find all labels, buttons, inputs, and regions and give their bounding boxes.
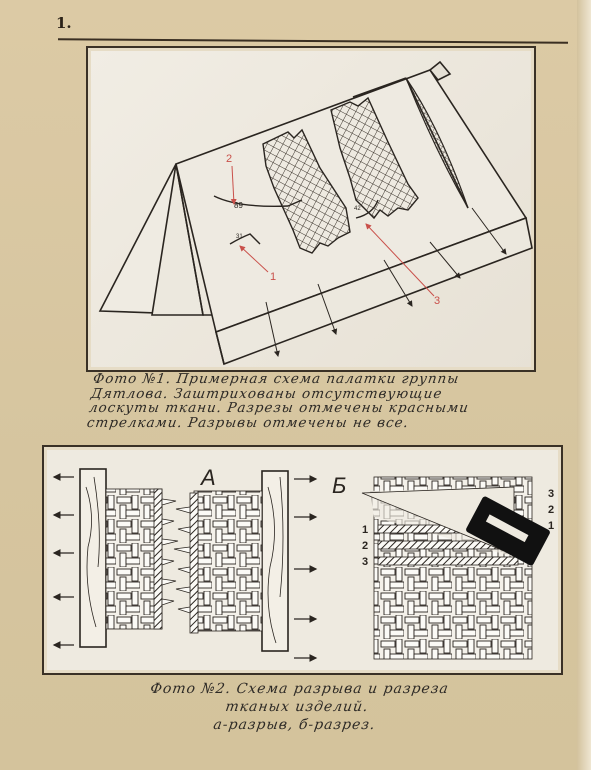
torn-thread-ends xyxy=(162,499,190,613)
thread-number-right-2: 2 xyxy=(548,504,554,516)
caption-line: стрелками. Разрывы отмечены не все. xyxy=(86,416,528,431)
red-marker-1: 1 xyxy=(270,271,276,283)
caption-line: Фото №1. Примерная схема палатки группы xyxy=(92,372,534,387)
caption-line: Дятлова. Заштрихованы отсутствующие xyxy=(90,387,532,402)
tent-drawing: 89 31 42 2 1 3 xyxy=(88,48,534,370)
thread-number-left-1: 1 xyxy=(362,524,368,536)
caption-line: тканых изделий. xyxy=(71,698,524,716)
red-marker-2: 2 xyxy=(226,153,232,165)
photo-1-caption: Фото №1. Примерная схема палатки группы … xyxy=(86,372,534,430)
right-wood-board xyxy=(262,471,288,651)
panel-b-label: Б xyxy=(332,473,346,498)
label-89: 89 xyxy=(234,201,243,210)
photo-1-tent-diagram: 89 31 42 2 1 3 xyxy=(86,46,536,372)
page-edge xyxy=(577,0,591,770)
red-marker-3: 3 xyxy=(434,295,440,307)
panel-a-label: А xyxy=(199,465,216,490)
label-42: 42 xyxy=(354,206,361,212)
thread-number-right-1: 1 xyxy=(548,520,554,532)
caption-line: а-разрыв, б-разрез. xyxy=(68,716,521,734)
fabric-right-half xyxy=(194,491,262,631)
left-wood-board xyxy=(80,469,106,647)
caption-line: Фото №2. Схема разрыва и разреза xyxy=(73,680,526,698)
header-rule xyxy=(58,38,568,43)
thread-number-right-3: 3 xyxy=(548,488,554,500)
page-number: 1. xyxy=(56,14,72,32)
thread-number-left-2: 2 xyxy=(362,540,368,552)
caption-line: лоскуты ткани. Разрезы отмечены красными xyxy=(88,401,530,416)
thread-number-left-3: 3 xyxy=(362,556,368,568)
scanned-page: 1. xyxy=(0,0,591,770)
weave-drawing: А xyxy=(44,447,561,673)
label-31: 31 xyxy=(236,234,243,240)
photo-2-weave-diagram: А xyxy=(42,445,563,675)
photo-2-caption: Фото №2. Схема разрыва и разреза тканых … xyxy=(68,680,526,734)
